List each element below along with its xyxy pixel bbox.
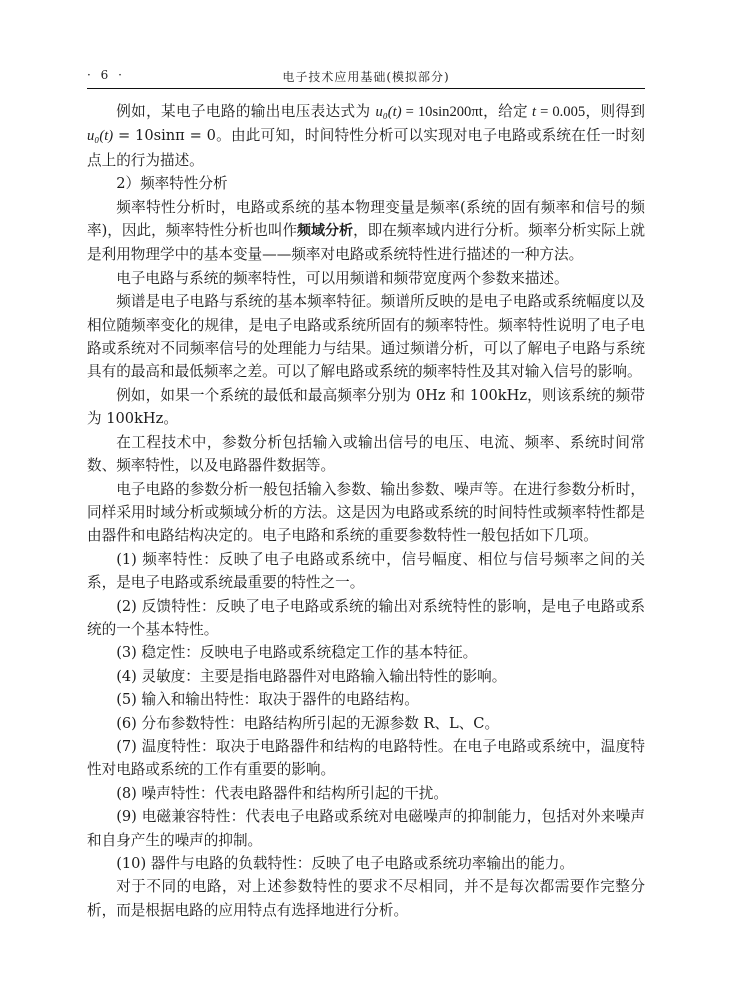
paragraph: 例如，如果一个系统的最低和最高频率分别为 0Hz 和 100kHz，则该系统的频… (87, 384, 645, 431)
running-title: 电子技术应用基础(模拟部分) (87, 68, 645, 85)
list-item: (9) 电磁兼容特性：代表电子电路或系统对电磁噪声的抑制能力，包括对外来噪声和自… (87, 805, 645, 852)
body-text: 例如，某电子电路的输出电压表达式为 u₀(t) = 10sin200πt，给定 … (87, 100, 645, 922)
list-item: (5) 输入和输出特性：取决于器件的电路结构。 (87, 688, 645, 711)
paragraph-frequency-analysis: 频率特性分析时，电路或系统的基本物理变量是频率(系统的固有频率和信号的频率)，因… (87, 196, 645, 267)
header-rule (87, 88, 645, 89)
paragraph-time-example: 例如，某电子电路的输出电压表达式为 u₀(t) = 10sin200πt，给定 … (87, 100, 645, 172)
closing-paragraph: 对于不同的电路，对上述参数特性的要求不尽相同，并不是每次都需要作完整分析，而是根… (87, 875, 645, 922)
paragraph: 电子电路的参数分析一般包括输入参数、输出参数、噪声等。在进行参数分析时，同样采用… (87, 478, 645, 548)
list-item: (2) 反馈特性：反映了电子电路或系统的输出对系统特性的影响，是电子电路或系统的… (87, 595, 645, 642)
paragraph: 频谱是电子电路与系统的基本频率特征。频谱所反映的是电子电路或系统幅度以及相位随频… (87, 290, 645, 384)
list-item: (6) 分布参数特性：电路结构所引起的无源参数 R、L、C。 (87, 712, 645, 735)
paragraph: 电子电路与系统的频率特性，可以用频谱和频带宽度两个参数来描述。 (87, 267, 645, 290)
page-header: · 6 · 电子技术应用基础(模拟部分) (87, 66, 645, 86)
list-item: (8) 噪声特性：代表电路器件和结构所引起的干扰。 (87, 782, 645, 805)
book-page: · 6 · 电子技术应用基础(模拟部分) 例如，某电子电路的输出电压表达式为 u… (87, 66, 645, 922)
list-item: (7) 温度特性：取决于电路器件和结构的电路特性。在电子电路或系统中，温度特性对… (87, 735, 645, 782)
list-item: (3) 稳定性：反映电子电路或系统稳定工作的基本特征。 (87, 641, 645, 664)
paragraph: 在工程技术中，参数分析包括输入或输出信号的电压、电流、频率、系统时间常数、频率特… (87, 431, 645, 478)
list-item: (4) 灵敏度：主要是指电路器件对电路输入输出特性的影响。 (87, 665, 645, 688)
section-heading-frequency: 2）频率特性分析 (87, 172, 645, 195)
list-item: (1) 频率特性：反映了电子电路或系统中，信号幅度、相位与信号频率之间的关系，是… (87, 548, 645, 595)
list-item: (10) 器件与电路的负载特性：反映了电子电路或系统功率输出的能力。 (87, 852, 645, 875)
bold-term: 频域分析 (297, 223, 353, 239)
